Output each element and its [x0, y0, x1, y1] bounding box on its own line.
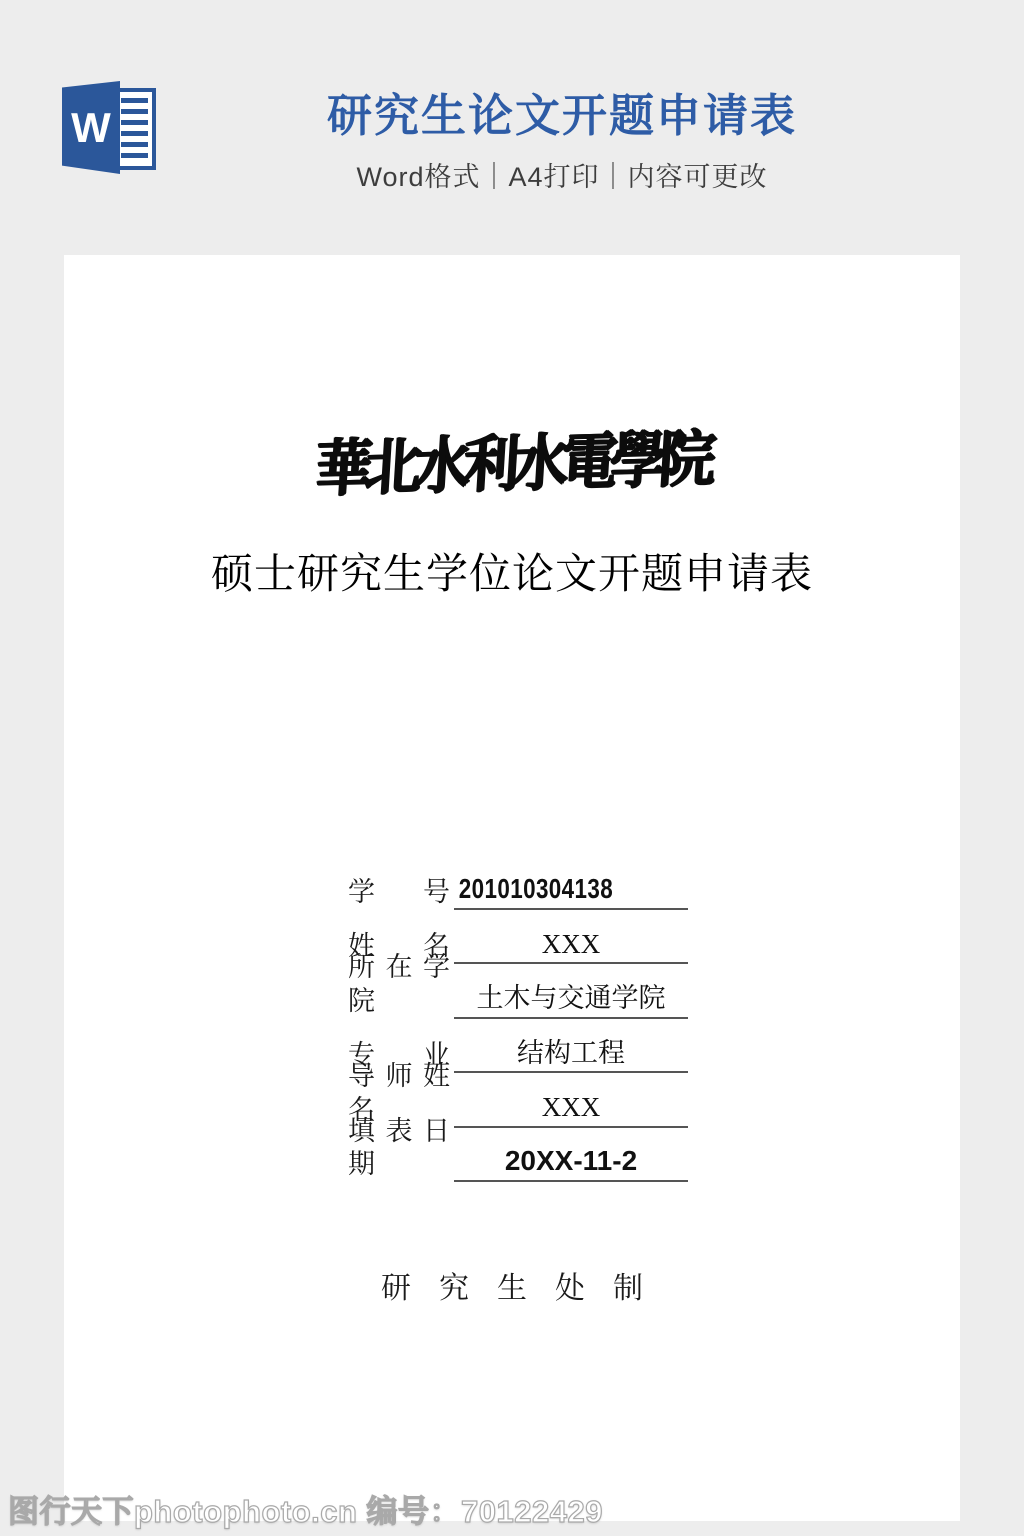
supervisor-value: XXX: [454, 1089, 688, 1127]
a4-document-page: 華北水利水電學院 硕士研究生学位论文开题申请表 学号 201010304138 …: [64, 255, 960, 1521]
form-row-student-id: 学号 201010304138: [348, 855, 688, 910]
document-title: 硕士研究生学位论文开题申请表: [64, 541, 960, 601]
college-value: 土木与交通学院: [454, 980, 688, 1018]
fill-date-label: 填表日期: [348, 1115, 450, 1183]
word-file-icon: W: [60, 78, 156, 176]
word-w-letter: W: [71, 107, 111, 149]
college-label: 所在学院: [348, 951, 450, 1019]
cover-form: 学号 201010304138 姓名 XXX 所在学院 土木与交通学院 专业 结…: [348, 855, 688, 1182]
maker-line: 研究生处制: [64, 1263, 960, 1307]
template-subtitle: Word格式｜A4打印｜内容可更改: [252, 155, 872, 194]
form-row-fill-date: 填表日期 20XX-11-2: [348, 1128, 688, 1183]
word-blue-panel-icon: W: [62, 81, 120, 174]
student-id-label: 学号: [348, 876, 450, 910]
university-calligraphy-logo: 華北水利水電學院: [61, 422, 963, 507]
major-value: 结构工程: [454, 1035, 688, 1073]
name-value: XXX: [454, 926, 688, 964]
form-row-college: 所在学院 土木与交通学院: [348, 964, 688, 1019]
template-title: 研究生论文开题申请表: [252, 90, 872, 142]
template-preview-header: W 研究生论文开题申请表 Word格式｜A4打印｜内容可更改: [0, 0, 1024, 255]
student-id-text: 201010304138: [454, 870, 613, 908]
header-text-block: 研究生论文开题申请表 Word格式｜A4打印｜内容可更改: [252, 90, 872, 194]
fill-date-value: 20XX-11-2: [454, 1142, 688, 1182]
student-id-value: 201010304138: [454, 870, 688, 910]
photophoto-watermark: 图行天下photophoto.cn 编号：70122429: [8, 1486, 603, 1531]
word-document-lines-icon: [121, 98, 148, 160]
